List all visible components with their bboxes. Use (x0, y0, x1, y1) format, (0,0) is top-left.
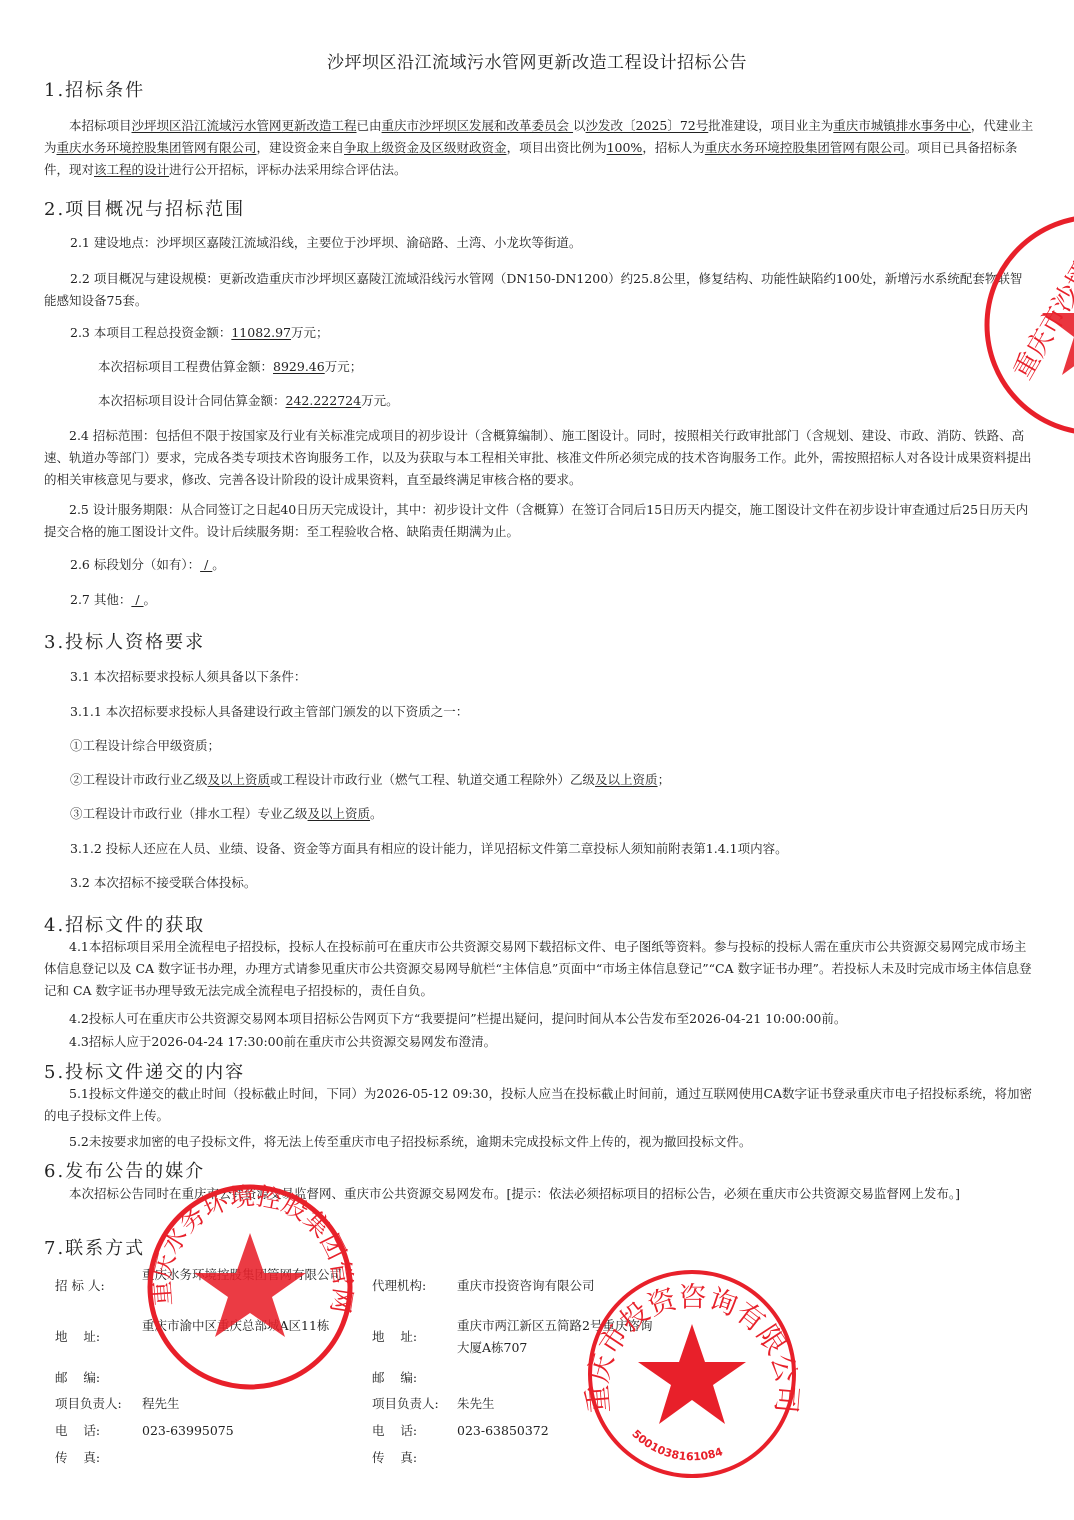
funding-source: 争取上级资金及区级财政资金 (344, 140, 507, 155)
text: ，项目出资比例为 (507, 140, 607, 155)
text: ，建设资金来自 (257, 140, 345, 155)
qualification-1: ①工程设计综合甲级资质； (70, 735, 1030, 757)
section-3-heading: 3.投标人资格要求 (44, 628, 205, 654)
section-1-body: 本招标项目沙坪坝区沿江流域污水管网更新改造工程已由重庆市沙坪坝区发展和改革委员会… (44, 115, 1034, 181)
item-4-3: 4.3招标人应于2026-04-24 17:30:00前在重庆市公共资源交易网发… (44, 1031, 1034, 1053)
item-2-7: 2.7 其他： / 。 (70, 589, 1030, 611)
agent-fax-label: 传 真: (372, 1447, 417, 1469)
text: 及以上资质 (308, 806, 371, 821)
design-contract-estimate: 242.222724 (286, 393, 362, 408)
item-2-6: 2.6 标段划分（如有）： / 。 (70, 554, 1030, 576)
text: 万元； (325, 359, 363, 374)
text: 2.6 标段划分（如有）： (70, 557, 200, 572)
item-2-3: 2.3 本项目工程总投资金额：11082.97万元； (70, 322, 1030, 344)
text: 2.2 项目概况与建设规模：更新改造重庆市沙坪坝区嘉陵江流域沿线污水管网（DN1… (44, 271, 1022, 308)
item-2-4: 2.4 招标范围：包括但不限于按国家及行业有关标准完成项目的初步设计（含概算编制… (44, 425, 1034, 491)
approval-number: 沙发改〔2025〕72号 (586, 118, 709, 133)
text: 万元； (291, 325, 329, 340)
agent-value: 重庆市投资咨询有限公司 (457, 1275, 595, 1297)
text: 进行公开招标，评标办法采用综合评估法。 (169, 162, 407, 177)
text: ； (658, 772, 671, 787)
seal-sapingba-stamp: 重庆市沙坪坝区 (980, 205, 1074, 445)
agent-owner: 重庆水务环境控股集团管网有限公司 (57, 140, 257, 155)
text: 及以上资质 (208, 772, 271, 787)
agent-zip-label: 邮 编: (372, 1367, 417, 1389)
text: 以 (573, 118, 586, 133)
text: 或工程设计市政行业（燃气工程、轨道交通工程除外）乙级 (270, 772, 595, 787)
item-4-2: 4.2投标人可在重庆市公共资源交易网本项目招标公告网页下方“我要提问”栏提出疑问… (44, 1008, 1034, 1030)
text: 。 (144, 592, 157, 607)
item-4-1: 4.1本招标项目采用全流程电子招投标，投标人在投标前可在重庆市公共资源交易网下载… (44, 936, 1034, 1002)
section-5-heading: 5.投标文件递交的内容 (44, 1058, 245, 1084)
agent-pm-value: 朱先生 (457, 1393, 495, 1415)
seal-text: 重庆市沙坪坝区 (1008, 212, 1074, 385)
lot-division: / (200, 557, 212, 572)
item-3-2: 3.2 本次招标不接受联合体投标。 (70, 872, 1030, 894)
page-title: 沙坪坝区沿江流域污水管网更新改造工程设计招标公告 (0, 48, 1074, 73)
seal-water-group-stamp: 重庆水务环境控股集团管网有限公司 (132, 1175, 372, 1405)
item-2-5: 2.5 设计服务期限：从合同签订之日起40日历天完成设计，其中：初步设计文件（含… (44, 499, 1034, 543)
agent-label: 代理机构: (372, 1275, 426, 1297)
seal-code: 5001038161084 (629, 1427, 724, 1463)
section-4-heading: 4.招标文件的获取 (44, 911, 205, 937)
tenderer-label: 招 标 人: (55, 1275, 105, 1297)
item-2-3-c: 本次招标项目设计合同估算金额：242.222724万元。 (98, 390, 399, 412)
section-1-heading: 1.招标条件 (44, 76, 145, 102)
text: 。 (370, 806, 383, 821)
text: 本招标项目 (69, 118, 132, 133)
text: 本次招标项目设计合同估算金额： (98, 393, 286, 408)
item-5-2: 5.2未按要求加密的电子投标文件，将无法上传至重庆市电子招投标系统，逾期未完成投… (44, 1131, 1034, 1153)
agent-tel-label: 电 话: (372, 1420, 417, 1442)
item-2-2: 2.2 项目概况与建设规模：更新改造重庆市沙坪坝区嘉陵江流域沿线污水管网（DN1… (44, 268, 1034, 312)
item-3-1-2: 3.1.2 投标人还应在人员、业绩、设备、资金等方面具有相应的设计能力，详见招标… (70, 838, 1030, 860)
text: ③工程设计市政行业（排水工程）专业乙级 (70, 806, 308, 821)
project-owner: 重庆市城镇排水事务中心 (833, 118, 971, 133)
approval-authority: 重庆市沙坪坝区发展和改革委员会 (382, 118, 573, 133)
tenderer-pm-label: 项目负责人: (55, 1393, 122, 1415)
item-2-3-b: 本次招标项目工程费估算金额：8929.46万元； (98, 356, 362, 378)
text: 2.3 本项目工程总投资金额： (70, 325, 231, 340)
text: ②工程设计市政行业乙级 (70, 772, 208, 787)
total-investment: 11082.97 (231, 325, 291, 340)
funding-ratio: 100% (607, 140, 643, 155)
text: 已由 (357, 118, 382, 133)
section-7-heading: 7.联系方式 (44, 1234, 145, 1260)
project-name: 沙坪坝区沿江流域污水管网更新改造工程 (132, 118, 357, 133)
tenderer: 重庆水务环境控股集团管网有限公司 (705, 140, 905, 155)
seal-investment-consulting-stamp: 重庆市投资咨询有限公司 5001038161084 (580, 1262, 800, 1492)
agent-address-label: 地 址: (372, 1326, 417, 1348)
tenderer-address-label: 地 址: (55, 1326, 100, 1348)
tenderer-tel-value: 023-63995075 (142, 1420, 234, 1442)
section-2-heading: 2.项目概况与招标范围 (44, 195, 245, 221)
qualification-3: ③工程设计市政行业（排水工程）专业乙级及以上资质。 (70, 803, 1030, 825)
agent-pm-label: 项目负责人: (372, 1393, 439, 1415)
engineering-estimate: 8929.46 (273, 359, 325, 374)
text: 本次招标项目工程费估算金额： (98, 359, 273, 374)
item-5-1: 5.1投标文件递交的截止时间（投标截止时间，下同）为2026-05-12 09:… (44, 1083, 1034, 1127)
tenderer-zip-label: 邮 编: (55, 1367, 100, 1389)
item-3-1: 3.1 本次招标要求投标人须具备以下条件： (70, 666, 1030, 688)
text: 及以上资质 (595, 772, 658, 787)
text: 万元。 (361, 393, 399, 408)
item-3-1-1: 3.1.1 本次招标要求投标人具备建设行政主管部门颁发的以下资质之一： (70, 701, 1030, 723)
text: 2.7 其他： (70, 592, 131, 607)
tender-scope: 该工程的设计 (94, 162, 169, 177)
qualification-2: ②工程设计市政行业乙级及以上资质或工程设计市政行业（燃气工程、轨道交通工程除外）… (70, 769, 1030, 791)
item-2-1: 2.1 建设地点：沙坪坝区嘉陵江流域沿线，主要位于沙坪坝、渝碚路、土湾、小龙坎等… (70, 232, 1030, 254)
agent-tel-value: 023-63850372 (457, 1420, 549, 1442)
document-page: 沙坪坝区沿江流域污水管网更新改造工程设计招标公告 1.招标条件 本招标项目沙坪坝… (0, 0, 1074, 1520)
text: 批准建设，项目业主为 (708, 118, 833, 133)
other: / (131, 592, 143, 607)
tenderer-fax-label: 传 真: (55, 1447, 100, 1469)
tenderer-tel-label: 电 话: (55, 1420, 100, 1442)
text: 。 (212, 557, 225, 572)
text: ，招标人为 (642, 140, 705, 155)
